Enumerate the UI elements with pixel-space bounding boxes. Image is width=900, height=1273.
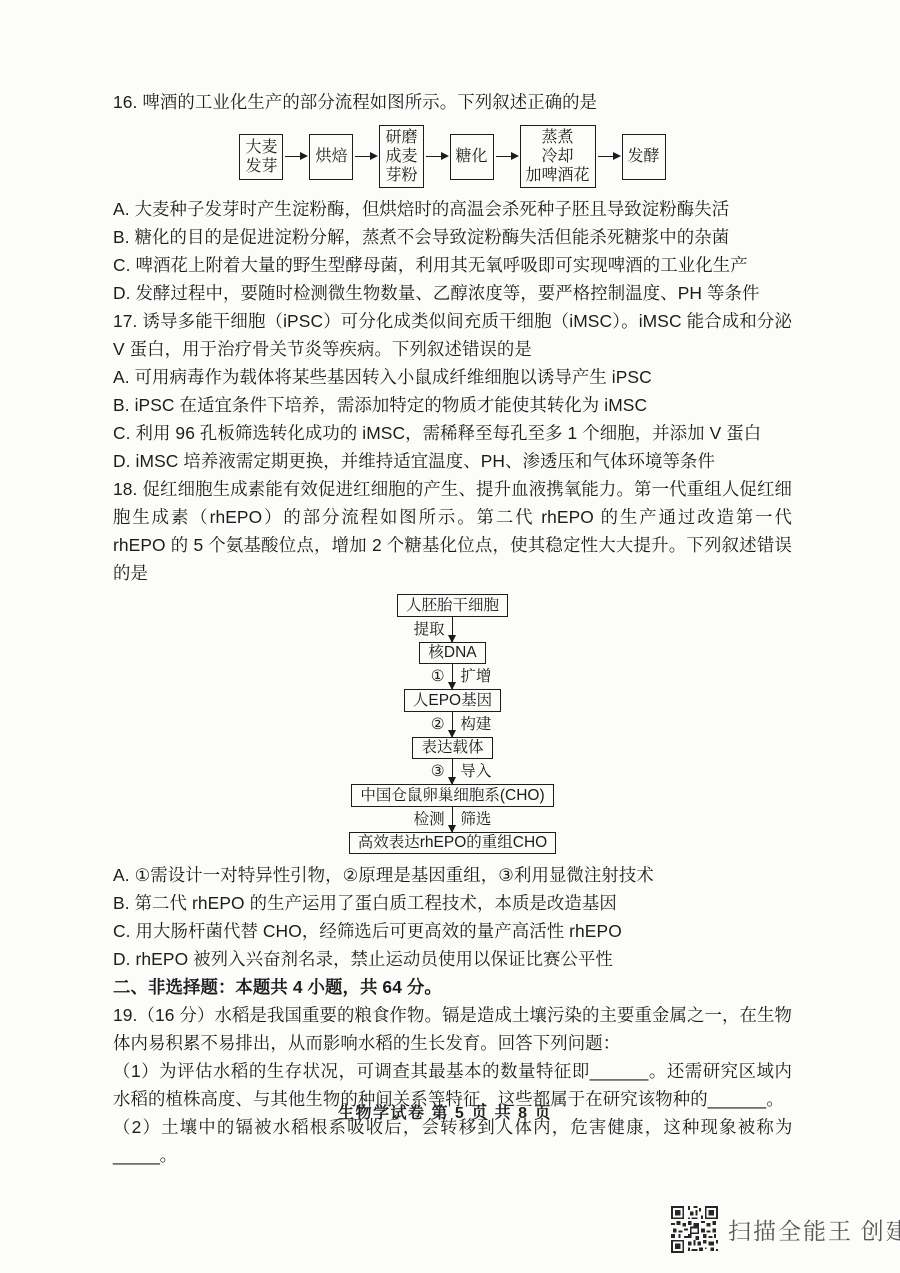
flow-step-detect-screen: 检测 筛选 [349,807,556,832]
flow-step-amplify: ① 扩增 [349,664,556,689]
arrow-down-icon [452,807,454,832]
arrow-label-right: 扩增 [460,664,491,689]
q18-option-a: A. ①需设计一对特异性引物，②原理是基因重组，③利用显微注射技术 [113,861,792,889]
arrow-right-icon [285,156,300,158]
arrow-label-left: 提取 [414,617,445,642]
q17-stem: 17. 诱导多能干细胞（iPSC）可分化成类似间充质干细胞（iMSC）。iMSC… [113,307,792,363]
arrow-down-icon [452,712,454,737]
arrow-down-icon [452,617,454,642]
flow-box-expression-vector: 表达载体 [412,737,492,760]
q16-stem: 16. 啤酒的工业化生产的部分流程如图所示。下列叙述正确的是 [113,88,792,116]
q18-option-c: C. 用大肠杆菌代替 CHO，经筛选后可更高效的量产高活性 rhEPO [113,917,792,945]
flow-box-barley-germination: 大麦 发芽 [239,134,283,180]
flow-box-fermentation: 发酵 [622,134,666,180]
page-footer: 生物学试卷 第 5 页 共 8 页 [0,1100,890,1123]
section2-header: 二、非选择题：本题共 4 小题，共 64 分。 [113,973,792,1001]
flow-step-extract: 提取 [349,617,556,642]
flow-box-boil-cool-hops: 蒸煮 冷却 加啤酒花 [520,125,596,188]
q17-option-d: D. iMSC 培养液需定期更换，并维持适宜温度、PH、渗透压和气体环境等条件 [113,447,792,475]
flow-box-human-embryonic-stem-cell: 人胚胎干细胞 [397,594,508,617]
q17-option-b: B. iPSC 在适宜条件下培养，需添加特定的物质才能使其转化为 iMSC [113,391,792,419]
arrow-right-icon [598,156,613,158]
arrow-label-left: ① [431,664,445,689]
arrow-label-left: 检测 [414,807,445,832]
scanner-watermark: 扫描全能王 创建 [671,1206,900,1253]
qr-code-icon [671,1206,718,1253]
flow-box-human-epo-gene: 人EPO基因 [404,689,501,712]
q16-option-c: C. 啤酒花上附着大量的野生型酵母菌，利用其无氧呼吸即可实现啤酒的工业化生产 [113,251,792,279]
q18-flowchart: 人胚胎干细胞 提取 核DNA ① 扩增 人EPO基因 ② 构建 表达载体 ③ [349,594,556,854]
arrow-label-right: 构建 [460,712,491,737]
arrow-down-icon [452,664,454,689]
q16-option-a: A. 大麦种子发芽时产生淀粉酶，但烘焙时的高温会杀死种子胚且导致淀粉酶失活 [113,195,792,223]
arrow-down-icon [452,759,454,784]
exam-page: 16. 啤酒的工业化生产的部分流程如图所示。下列叙述正确的是 大麦 发芽 烘焙 … [0,0,900,1273]
exam-content: 16. 啤酒的工业化生产的部分流程如图所示。下列叙述正确的是 大麦 发芽 烘焙 … [113,88,792,1169]
watermark-text: 扫描全能王 创建 [728,1213,900,1246]
flow-box-recombinant-cho: 高效表达rhEPO的重组CHO [349,832,556,855]
q16-flowchart: 大麦 发芽 烘焙 研磨 成麦 芽粉 糖化 蒸煮 冷却 加啤酒花 发酵 [113,125,792,188]
q16-option-b: B. 糖化的目的是促进淀粉分解，蒸煮不会导致淀粉酶失活但能杀死糖浆中的杂菌 [113,223,792,251]
arrow-label-right: 筛选 [460,807,491,832]
q17-option-a: A. 可用病毒作为载体将某些基因转入小鼠成纤维细胞以诱导产生 iPSC [113,363,792,391]
flow-box-cho-cell-line: 中国仓鼠卵巢细胞系(CHO) [351,784,553,807]
arrow-right-icon [496,156,511,158]
q19-stem: 19.（16 分）水稻是我国重要的粮食作物。镉是造成土壤污染的主要重金属之一，在… [113,1001,792,1057]
flow-step-construct: ② 构建 [349,712,556,737]
arrow-right-icon [426,156,441,158]
q16-option-d: D. 发酵过程中，要随时检测微生物数量、乙醇浓度等，要严格控制温度、PH 等条件 [113,279,792,307]
arrow-label-left: ③ [431,759,445,784]
flow-box-grinding-malt: 研磨 成麦 芽粉 [379,125,423,188]
flow-box-roasting: 烘焙 [309,134,353,180]
flow-box-nuclear-dna: 核DNA [419,642,485,665]
arrow-right-icon [355,156,370,158]
q17-option-c: C. 利用 96 孔板筛选转化成功的 iMSC，需稀释至每孔至多 1 个细胞，并… [113,419,792,447]
q18-option-d: D. rhEPO 被列入兴奋剂名录，禁止运动员使用以保证比赛公平性 [113,945,792,973]
q18-option-b: B. 第二代 rhEPO 的生产运用了蛋白质工程技术，本质是改造基因 [113,889,792,917]
flow-box-saccharification: 糖化 [450,134,494,180]
q18-stem: 18. 促红细胞生成素能有效促进红细胞的产生、提升血液携氧能力。第一代重组人促红… [113,475,792,587]
arrow-label-right: 导入 [460,759,491,784]
arrow-label-left: ② [431,712,445,737]
flow-step-introduce: ③ 导入 [349,759,556,784]
